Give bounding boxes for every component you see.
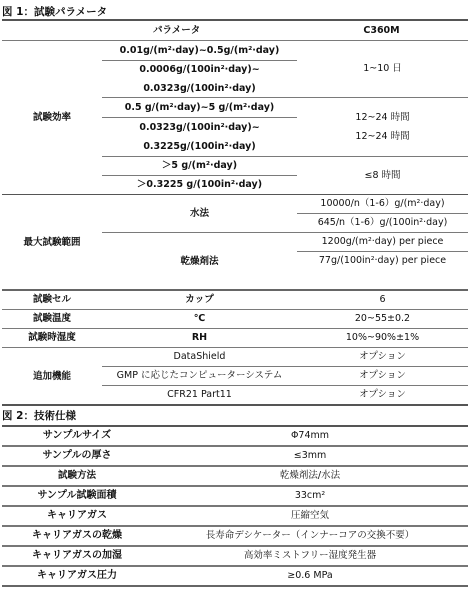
option-name-cfr21: CFR21 Part11: [102, 386, 297, 404]
max-range-label: 最大試験範囲: [2, 195, 102, 290]
spec-label-carrier-gas-pressure: キャリアガス圧力: [2, 567, 152, 585]
efficiency-range-1a: 0.01g/(m²·day)~0.5g/(m²·day): [102, 41, 297, 60]
efficiency-value-3: ≤8 時間: [297, 157, 468, 194]
efficiency-range-1b-line2: 0.0323g/(100in²·day): [143, 79, 255, 98]
spec-value-test-method: 乾燥剤法/水法: [152, 467, 468, 485]
efficiency-range-2b: 0.0323g/(100in²·day)~ 0.3225g/(100in²·da…: [102, 118, 297, 156]
test-humidity-value: 10%~90%±1%: [297, 329, 468, 347]
fig2-title: 図 2：技術仕様: [2, 408, 76, 423]
spec-label-test-area: サンプル試験面積: [2, 487, 152, 505]
spec-value-carrier-gas: 圧縮空気: [152, 507, 468, 525]
fig1-title: 図 1：試験パラメータ: [2, 4, 107, 19]
test-cell-value: 6: [297, 291, 468, 309]
option-name-gmp: GMP に応じたコンピューターシステム: [102, 367, 297, 385]
efficiency-value-2-line1: 12~24 時間: [355, 108, 409, 127]
spec-label-carrier-gas: キャリアガス: [2, 507, 152, 525]
option-value-datashield: オプション: [297, 348, 468, 366]
spec-value-carrier-gas-humidify: 高効率ミストフリー湿度発生器: [152, 547, 468, 565]
test-cell-label: 試験セル: [2, 291, 102, 309]
header-model: C360M: [295, 21, 468, 40]
test-humidity-label: 試験時湿度: [2, 329, 102, 347]
spec-label-sample-thickness: サンプルの厚さ: [2, 447, 152, 465]
efficiency-range-2a: 0.5 g/(m²·day)~5 g/(m²·day): [102, 98, 297, 117]
desiccant-method-value-1: 1200g/(m²·day) per piece: [297, 233, 468, 251]
efficiency-range-3b: ＞0.3225 g/(100in²·day): [102, 176, 297, 194]
spec-value-carrier-gas-drying: 長寿命デシケーター（インナーコアの交換不要）: [152, 527, 468, 545]
option-value-cfr21: オプション: [297, 386, 468, 404]
water-method-label: 水法: [102, 195, 297, 232]
water-method-value-2: 645/n（1-6）g/(100in²·day): [297, 214, 468, 232]
efficiency-range-2b-line1: 0.0323g/(100in²·day)~: [139, 118, 259, 137]
efficiency-value-2: 12~24 時間 12~24 時間: [297, 98, 468, 156]
test-humidity-param: RH: [102, 329, 297, 347]
desiccant-method-label: 乾燥剤法: [102, 233, 297, 290]
option-value-gmp: オプション: [297, 367, 468, 385]
spec-label-test-method: 試験方法: [2, 467, 152, 485]
efficiency-label: 試験効率: [2, 41, 102, 194]
test-temp-param: ℃: [102, 310, 297, 328]
divider: [2, 585, 468, 587]
spec-label-carrier-gas-drying: キャリアガスの乾燥: [2, 527, 152, 545]
spec-value-test-area: 33cm²: [152, 487, 468, 505]
efficiency-range-1b: 0.0006g/(100in²·day)~ 0.0323g/(100in²·da…: [102, 61, 297, 97]
test-temp-value: 20~55±0.2: [297, 310, 468, 328]
option-name-datashield: DataShield: [102, 348, 297, 366]
divider: [2, 404, 468, 406]
test-temp-label: 試験温度: [2, 310, 102, 328]
efficiency-range-1b-line1: 0.0006g/(100in²·day)~: [139, 60, 259, 79]
efficiency-range-2b-line2: 0.3225g/(100in²·day): [143, 137, 255, 156]
efficiency-range-3a: ＞5 g/(m²·day): [102, 157, 297, 175]
spec-label-sample-size: サンプルサイズ: [2, 427, 152, 445]
water-method-value-1: 10000/n（1-6）g/(m²·day): [297, 195, 468, 213]
options-label: 追加機能: [2, 348, 102, 405]
spec-value-carrier-gas-pressure: ≥0.6 MPa: [152, 567, 468, 585]
efficiency-value-1: 1~10 日: [297, 41, 468, 97]
efficiency-value-2-line2: 12~24 時間: [355, 127, 409, 146]
spec-value-sample-thickness: ≤3mm: [152, 447, 468, 465]
spec-label-carrier-gas-humidify: キャリアガスの加湿: [2, 547, 152, 565]
desiccant-method-value-2: 77g/(100in²·day) per piece: [297, 252, 468, 270]
spec-value-sample-size: Φ74mm: [152, 427, 468, 445]
test-cell-param: カップ: [102, 291, 297, 309]
